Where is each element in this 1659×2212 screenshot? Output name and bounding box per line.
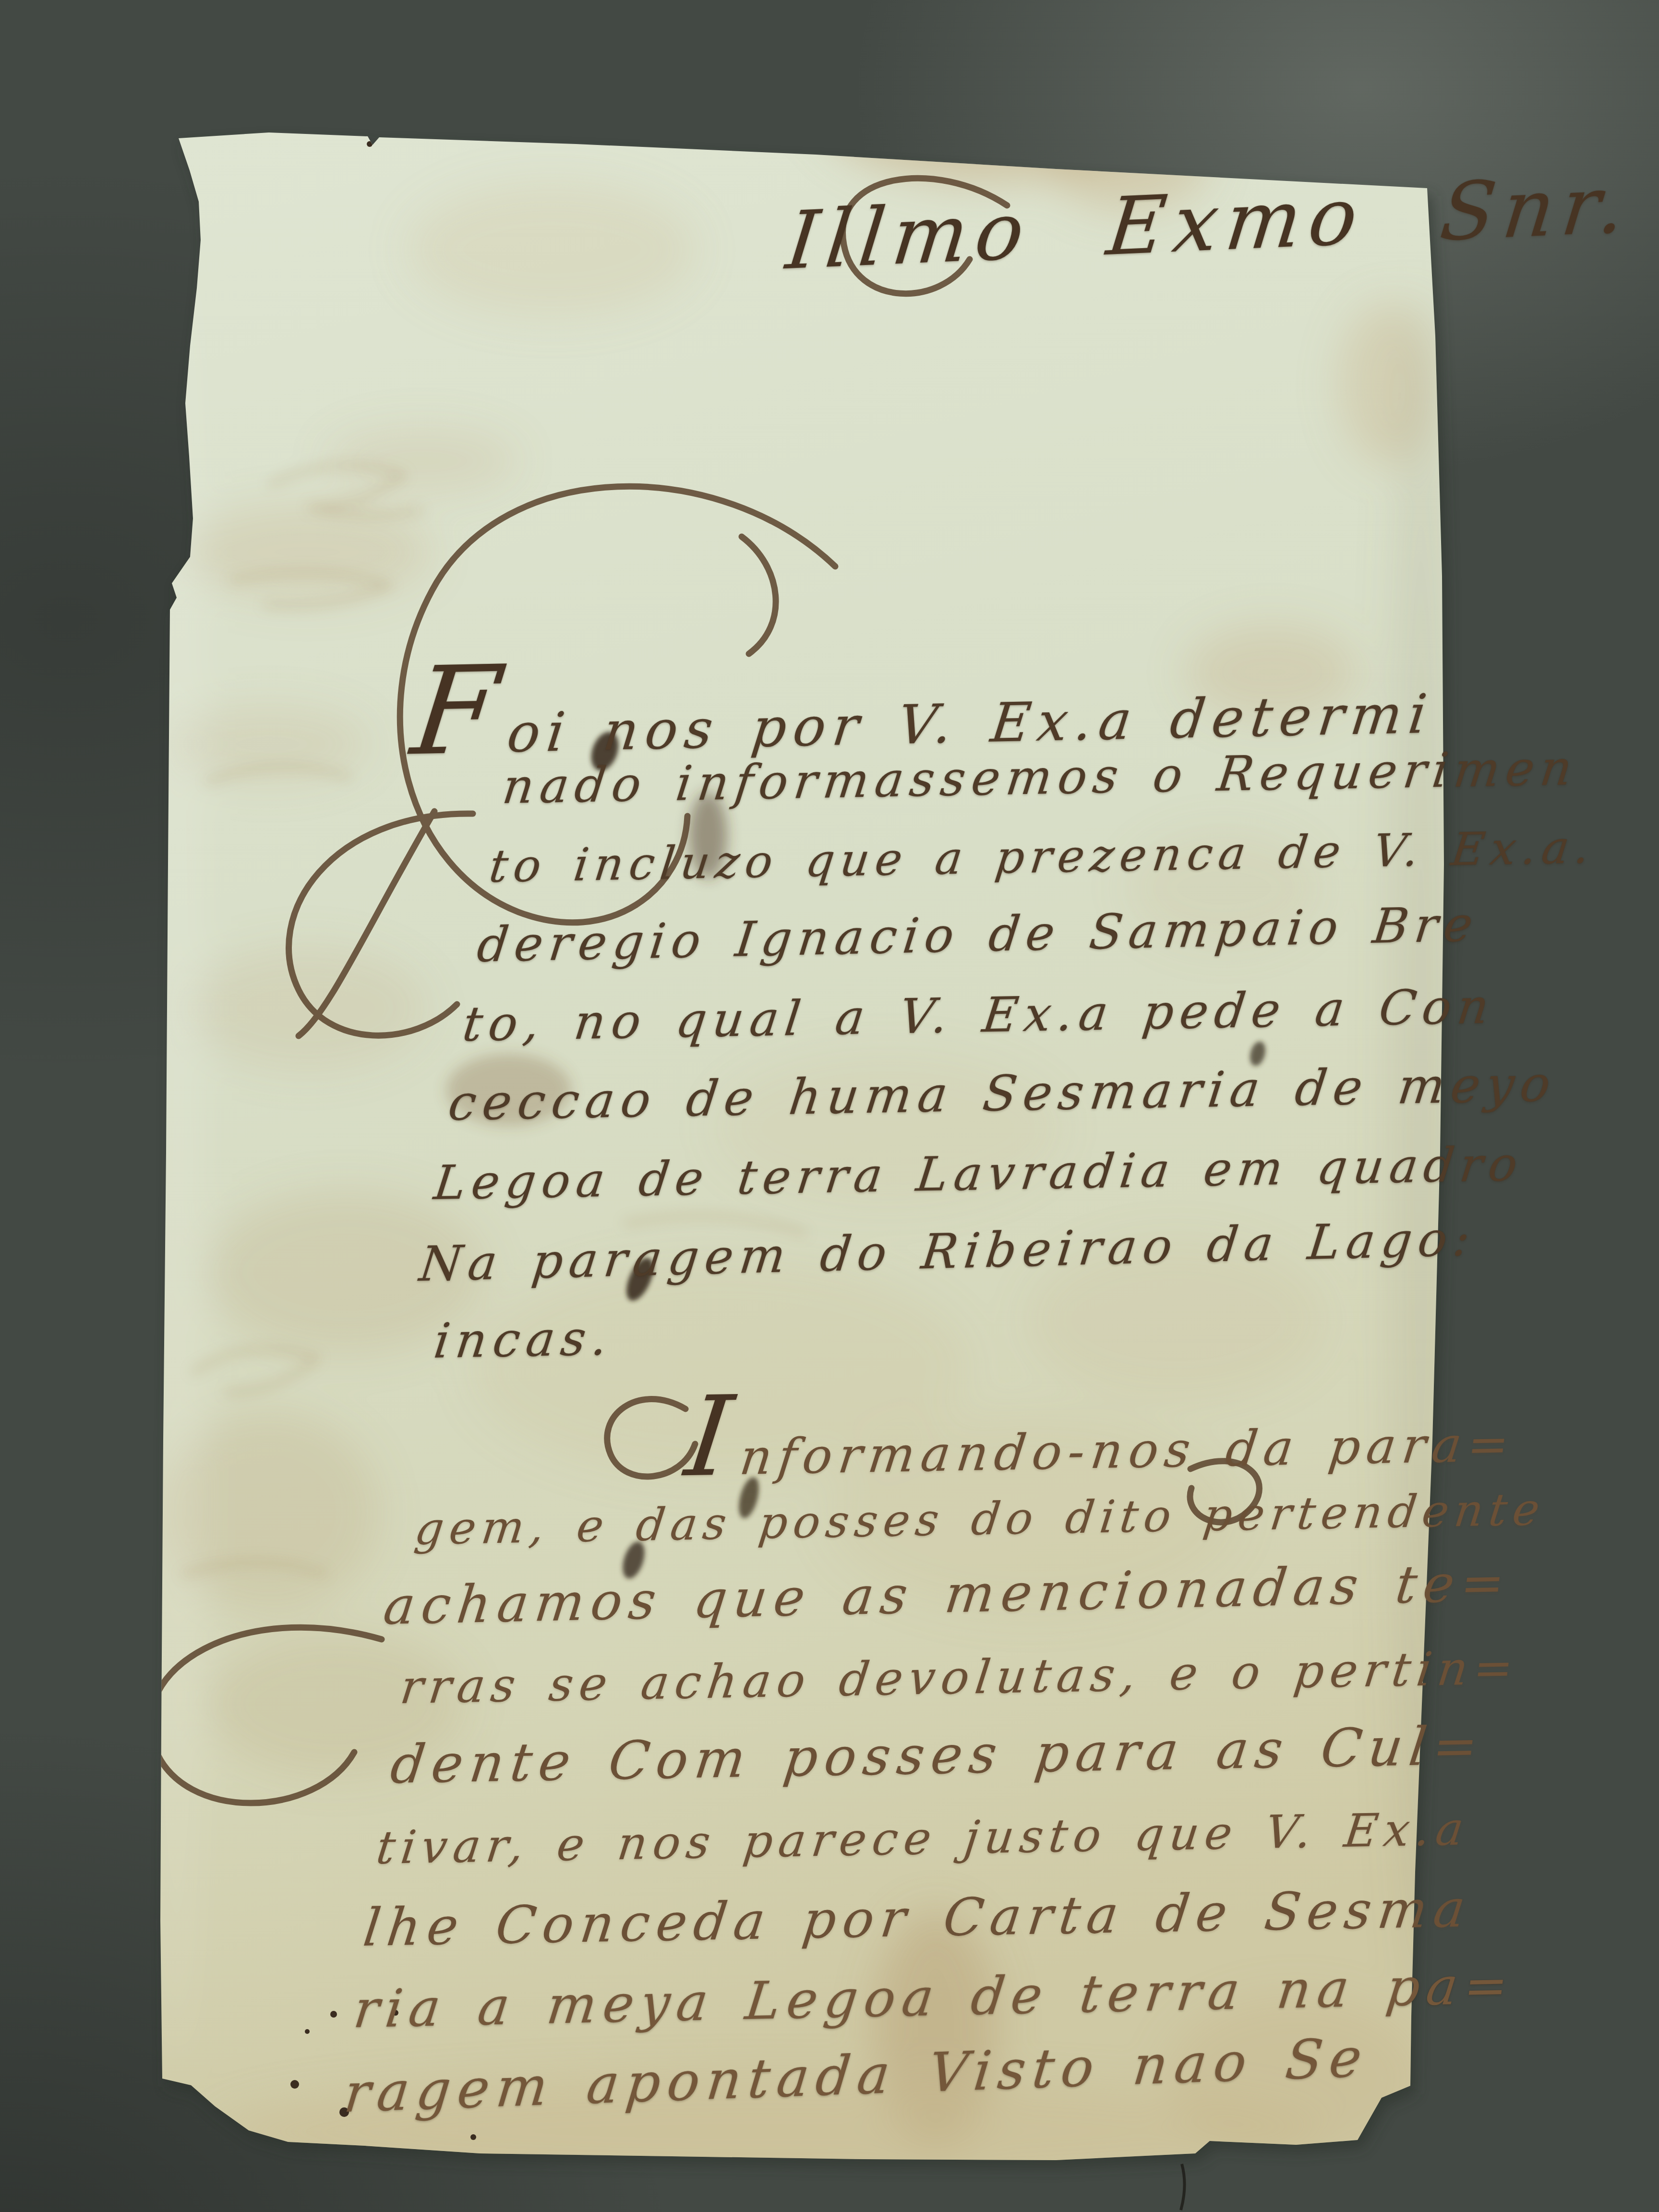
manuscript-line: tivar, e nos parece justo que V. Ex.a: [374, 1806, 1472, 1871]
manuscript-line: ria a meya Legoa de terra na pa=: [351, 1960, 1518, 2036]
manuscript-line: gem, e das posses do dito pertendente: [412, 1487, 1548, 1551]
manuscript-line: deregio Ignacio de Sampaio Bre: [475, 900, 1481, 969]
manuscript-line: incas.: [432, 1314, 616, 1365]
manuscript-line: rras se achao devolutas, e o pertin=: [398, 1644, 1522, 1710]
manuscript-line: dente Com posses para as Cul=: [388, 1719, 1488, 1791]
photo-mount: Illmo Exmo Snr. Foi nos por V. Ex.a dete…: [0, 0, 1659, 2212]
manuscript-line: ceccao de huma Sesmaria de meyo: [446, 1060, 1560, 1129]
manuscript-line: lhe Conceda por Carta de Sesma: [361, 1883, 1475, 1955]
manuscript-line: Na paragem do Ribeirao da Lago:: [417, 1214, 1479, 1288]
manuscript-line: Legoa de terra Lavradia em quadro: [432, 1141, 1526, 1207]
manuscript-line: to, no qual a V. Ex.a pede a Con: [460, 982, 1498, 1048]
text-layer: Illmo Exmo Snr. Foi nos por V. Ex.a dete…: [0, 0, 1659, 2212]
manuscript-line: to incluzo que a prezenca de V. Ex.a.: [487, 825, 1598, 890]
salutation-line: Illmo Exmo Snr.: [783, 165, 1637, 281]
manuscript-line: achamos que as mencionadas te=: [381, 1557, 1515, 1633]
manuscript-line: Informando-nos da para=: [682, 1393, 1521, 1484]
manuscript-line: ragem apontada Visto nao Se: [342, 2031, 1371, 2120]
